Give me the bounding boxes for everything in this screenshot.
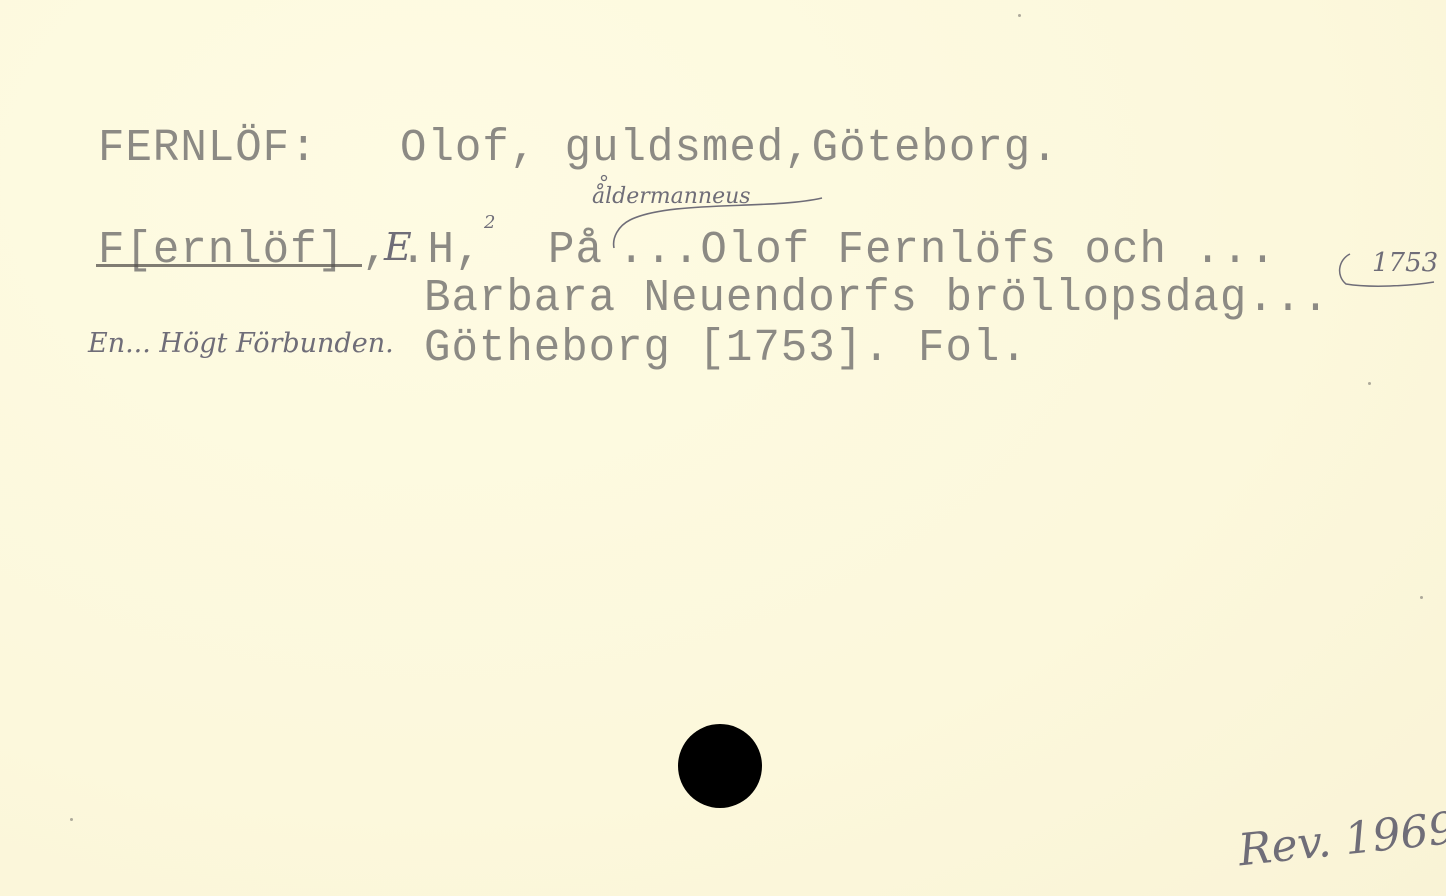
title-line2: Barbara Neuendorfs bröllopsdag...: [424, 276, 1330, 321]
punch-hole: [678, 724, 762, 808]
title-line1: ...Olof Fernlöfs och ...: [618, 228, 1277, 273]
heading-name: FERNLÖF:: [98, 126, 318, 171]
imprint: Götheborg [1753]. Fol.: [424, 326, 1028, 371]
entry-initials: .H,: [400, 228, 482, 273]
year-bracket-icon: [1330, 250, 1440, 300]
heading-description: Olof, guldsmed,Göteborg.: [400, 126, 1059, 171]
revision-note: Rev. 1969: [1236, 807, 1446, 874]
speck: [70, 818, 73, 821]
title-start: På: [548, 228, 603, 273]
handwritten-prefix: En... Högt Förbunden.: [88, 330, 394, 357]
speck: [1420, 596, 1423, 599]
catalog-card: FERNLÖF: Olof, guldsmed,Göteborg. ålderm…: [0, 0, 1446, 896]
speck: [1018, 14, 1021, 17]
speck: [1368, 382, 1371, 385]
superscript-mark: 2: [484, 214, 495, 232]
author-underline: [96, 264, 362, 267]
